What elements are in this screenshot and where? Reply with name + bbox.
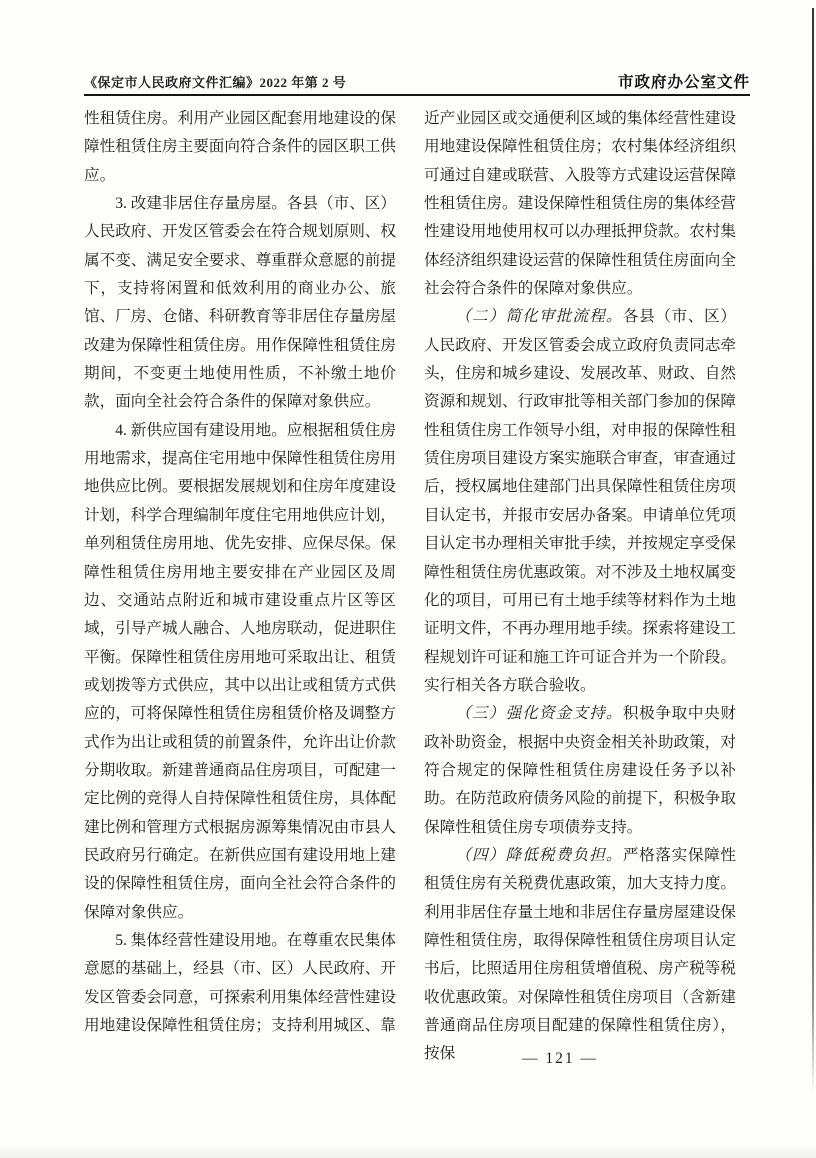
paragraph-item-4: 4. 新供应国有建设用地。应根据租赁住房用地需求，提高住宅用地中保障性租赁住房用…	[84, 417, 396, 927]
section-2-body: 各县（市、区）人民政府、开发区管委会成立政府负责同志牵头，住房和城乡建设、发展改…	[424, 308, 736, 693]
header-divider-rule	[84, 94, 750, 96]
page-number: — 121 —	[426, 1050, 694, 1068]
section-4-heading: （四）降低税费负担。	[455, 847, 623, 864]
paragraph-section-4: （四）降低税费负担。严格落实保障性租赁住房有关税费优惠政策，加大支持力度。利用非…	[424, 842, 736, 1069]
section-4-body: 严格落实保障性租赁住房有关税费优惠政策，加大支持力度。利用非居住存量土地和非居住…	[424, 847, 736, 1062]
section-3-heading: （三）强化资金支持。	[455, 705, 623, 722]
paragraph-section-2: （二）简化审批流程。各县（市、区）人民政府、开发区管委会成立政府负责同志牵头，住…	[424, 303, 736, 700]
paragraph-item-5: 5. 集体经营性建设用地。在尊重农民集体意愿的基础上，经县（市、区）人民政府、开…	[84, 927, 396, 1040]
paragraph-section-3: （三）强化资金支持。积极争取中央财政补助资金，根据中央资金相关补助政策，对符合规…	[424, 700, 736, 842]
left-column: 性租赁住房。利用产业园区配套用地建设的保障性租赁住房主要面向符合条件的园区职工供…	[84, 105, 396, 1069]
header-compilation-title: 《保定市人民政府文件汇编》2022 年第 2 号	[84, 72, 346, 91]
paragraph-continuation: 性租赁住房。利用产业园区配套用地建设的保障性租赁住房主要面向符合条件的园区职工供…	[84, 105, 396, 190]
right-column: 近产业园区或交通便利区域的集体经营性建设用地建设保障性租赁住房；农村集体经济组织…	[424, 105, 736, 1069]
paragraph-item-5-continuation: 近产业园区或交通便利区域的集体经营性建设用地建设保障性租赁住房；农村集体经济组织…	[424, 105, 736, 303]
section-2-heading: （二）简化审批流程。	[455, 308, 623, 325]
paragraph-item-3: 3. 改建非居住存量房屋。各县（市、区）人民政府、开发区管委会在符合规划原则、权…	[84, 190, 396, 417]
scan-edge-artifact	[812, 8, 814, 1093]
scan-bottom-shade-artifact	[0, 1144, 816, 1158]
header-document-category: 市政府办公室文件	[618, 70, 750, 92]
document-page: 《保定市人民政府文件汇编》2022 年第 2 号 市政府办公室文件 性租赁住房。…	[0, 0, 816, 1158]
section-3-body: 积极争取中央财政补助资金，根据中央资金相关补助政策，对符合规定的保障性租赁住房建…	[424, 705, 736, 835]
page-header: 《保定市人民政府文件汇编》2022 年第 2 号 市政府办公室文件	[84, 70, 750, 92]
body-columns: 性租赁住房。利用产业园区配套用地建设的保障性租赁住房主要面向符合条件的园区职工供…	[84, 105, 736, 1069]
